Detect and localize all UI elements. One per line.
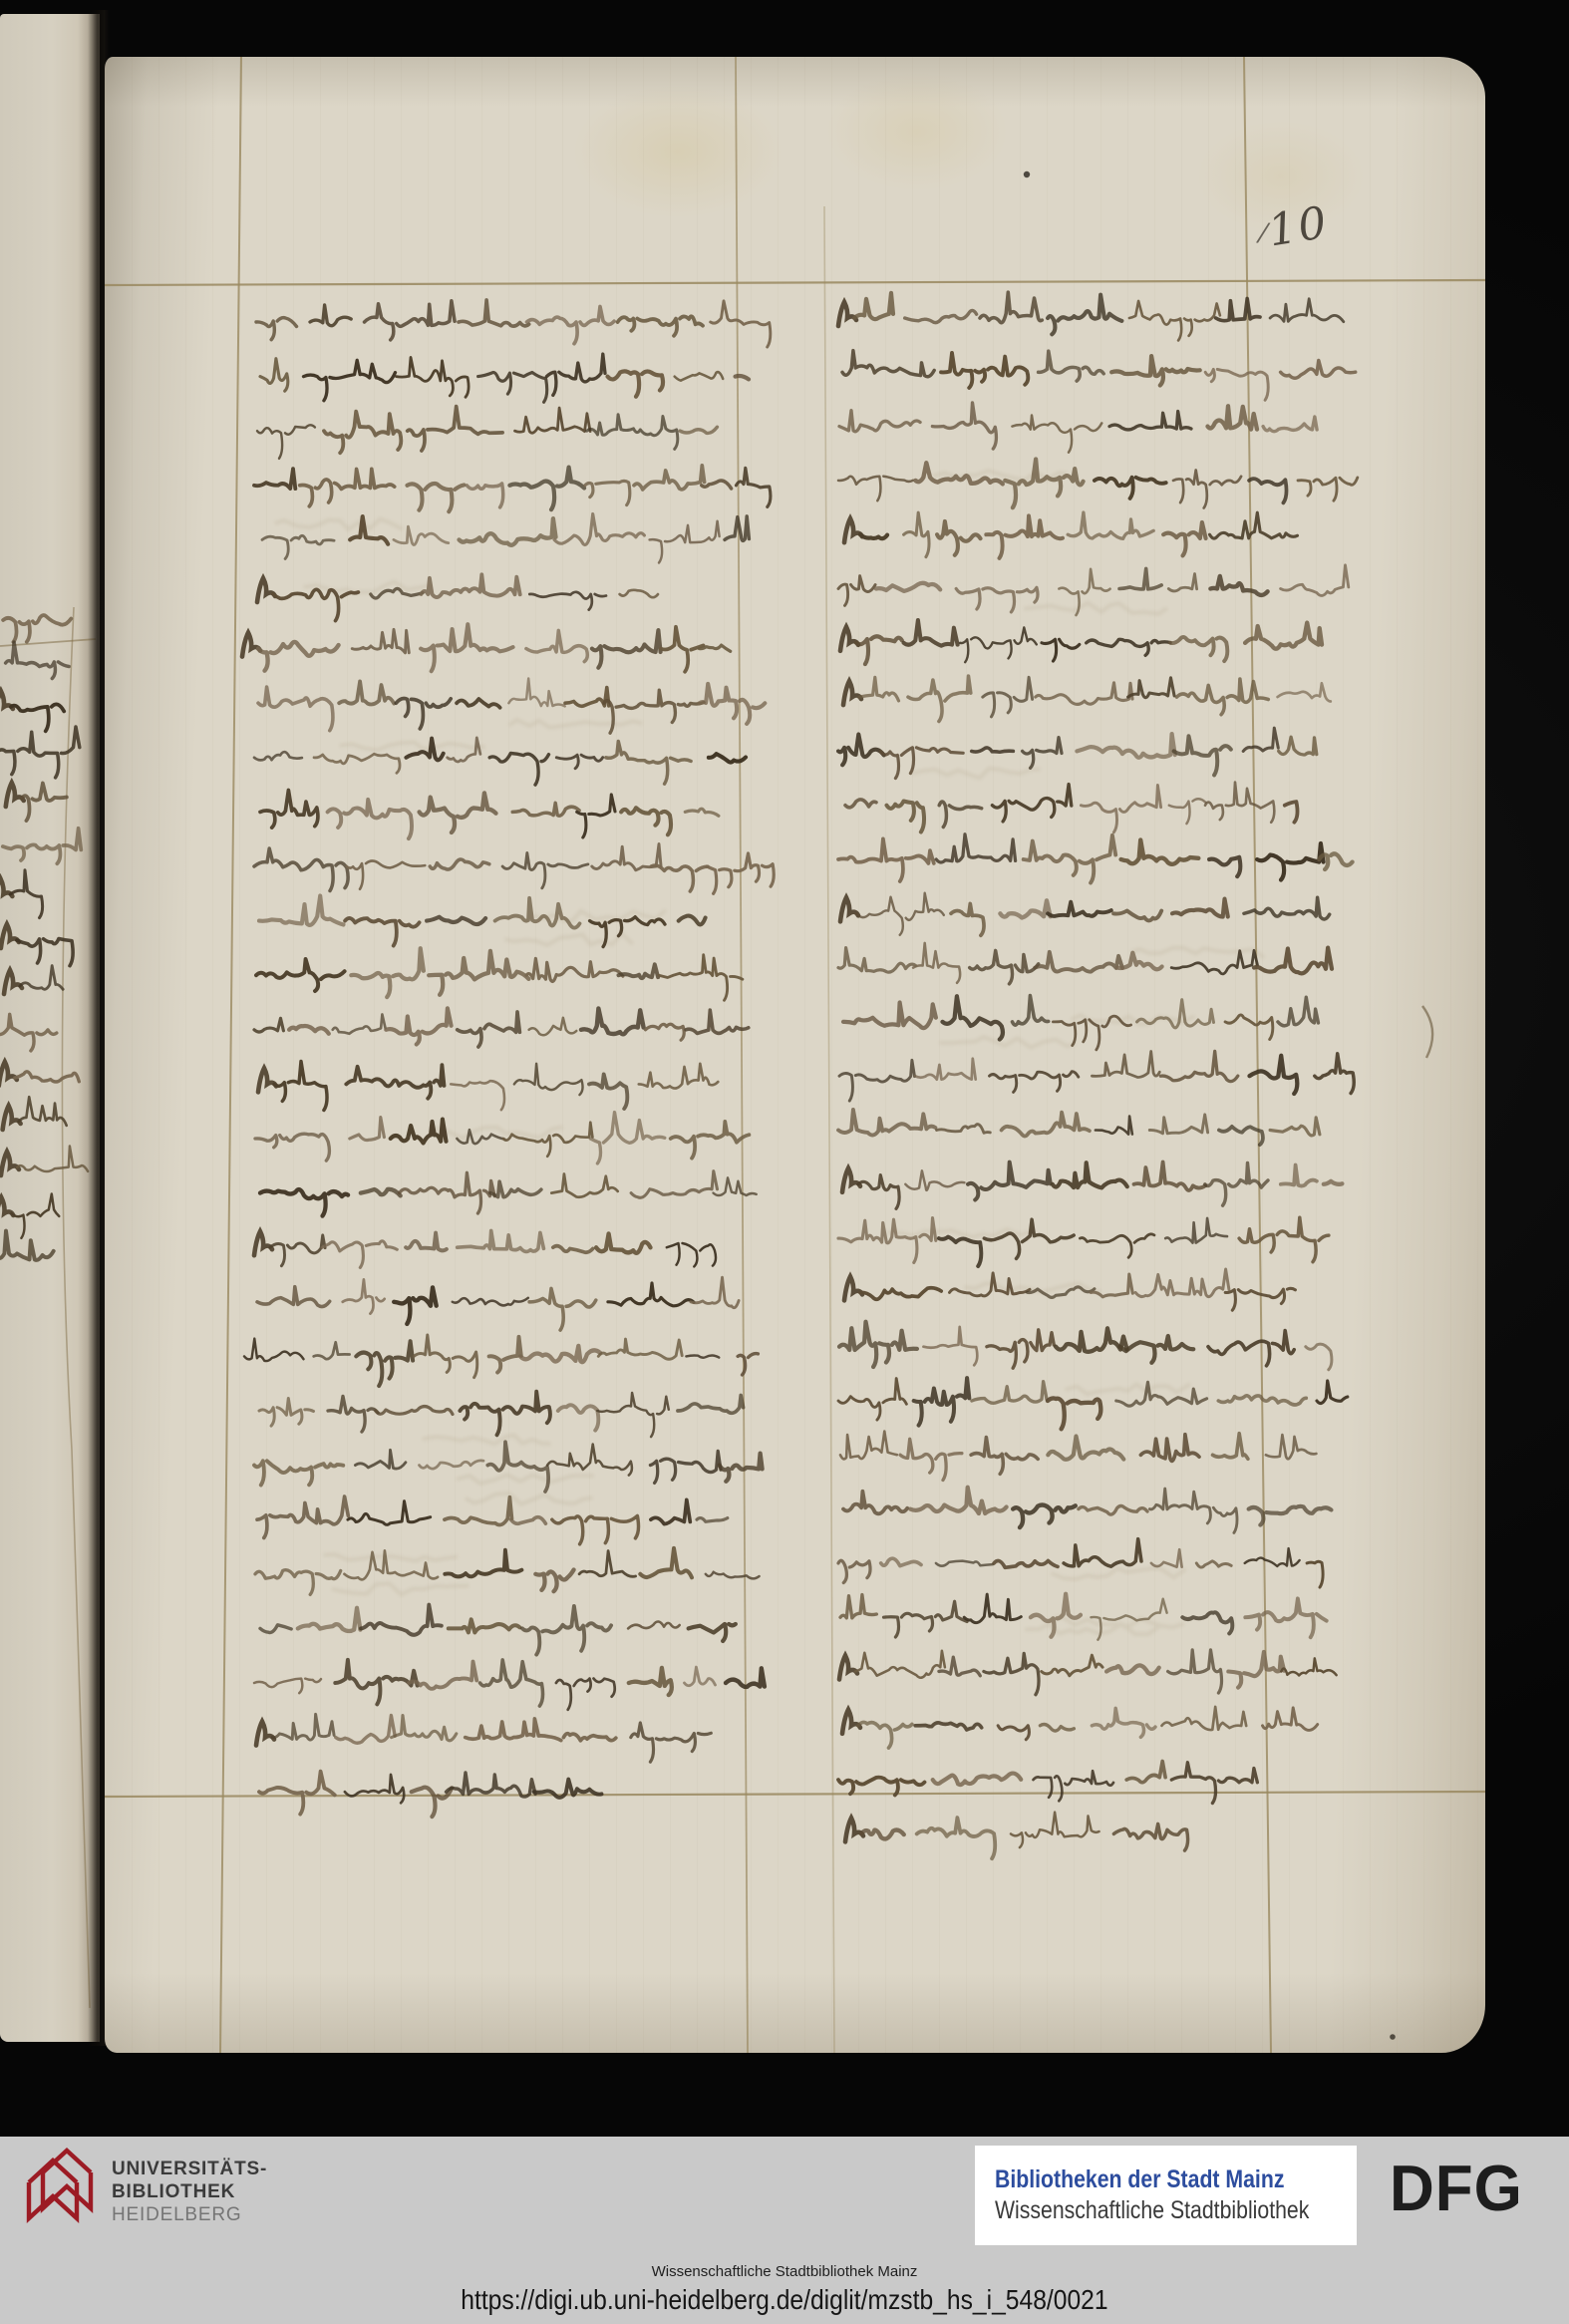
left-column-text	[242, 300, 777, 1817]
book-photograph: 10	[0, 0, 1569, 2137]
strip-text-fragments	[0, 615, 88, 1260]
ub-heidelberg-logo-icon	[22, 2145, 98, 2234]
mainz-wordmark: Bibliotheken der Stadt Mainz Wissenschaf…	[995, 2164, 1309, 2226]
mainz-line1: Bibliotheken der Stadt Mainz	[995, 2164, 1309, 2195]
previous-page-text-fragments	[0, 14, 100, 2042]
source-url-text: https://digi.ub.uni-heidelberg.de/diglit…	[461, 2282, 1107, 2318]
blemishes	[1024, 171, 1432, 2040]
footer-bar: UNIVERSITÄTS- BIBLIOTHEK HEIDELBERG	[0, 2137, 1569, 2324]
source-url: https://digi.ub.uni-heidelberg.de/diglit…	[0, 2282, 1569, 2318]
mainz-line2: Wissenschaftliche Stadtbibliothek	[995, 2195, 1309, 2226]
dfg-logo: DFG	[1390, 2153, 1523, 2226]
previous-page-edge	[0, 14, 100, 2042]
strip-ruling	[0, 607, 96, 2008]
manuscript-ink-layer	[105, 57, 1485, 2053]
ub-line2: BIBLIOTHEK	[112, 2180, 267, 2203]
ub-heidelberg-wordmark: UNIVERSITÄTS- BIBLIOTHEK HEIDELBERG	[112, 2145, 267, 2234]
ruling-lines	[105, 57, 1485, 2053]
manuscript-page: 10	[105, 57, 1485, 2053]
ub-line1: UNIVERSITÄTS-	[112, 2158, 267, 2180]
ub-line3: HEIDELBERG	[112, 2203, 267, 2226]
mainz-library-box: Bibliotheken der Stadt Mainz Wissenschaf…	[975, 2146, 1357, 2245]
holding-library-caption: Wissenschaftliche Stadtbibliothek Mainz	[0, 2263, 1569, 2280]
heidelberg-library-block: UNIVERSITÄTS- BIBLIOTHEK HEIDELBERG	[22, 2145, 267, 2234]
